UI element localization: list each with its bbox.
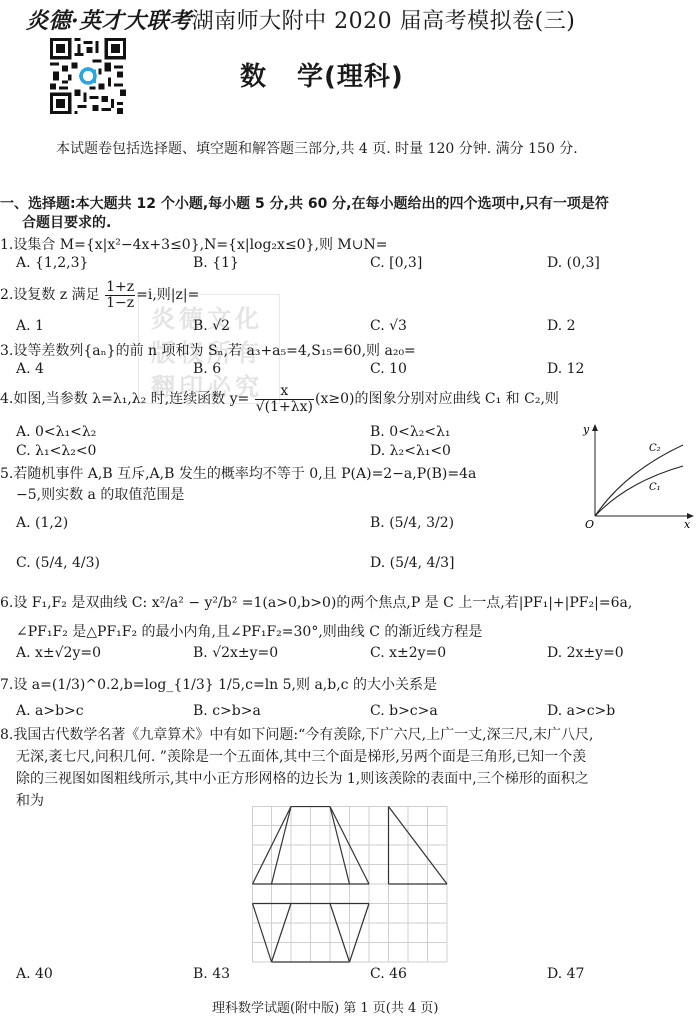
option-3b[interactable]: B. 6: [193, 361, 221, 377]
option-2b[interactable]: B. √2: [193, 318, 230, 334]
origin-label: O: [585, 518, 594, 531]
question-stem: 设 F₁,F₂ 是双曲线 C: x²/a² − y²/b² =1(a>0,b>0…: [13, 595, 632, 611]
question-stem: 设复数 z 满足: [13, 287, 99, 303]
question-6: 6.设 F₁,F₂ 是双曲线 C: x²/a² − y²/b² =1(a>0,b…: [0, 592, 632, 612]
option-3c[interactable]: C. 10: [370, 361, 407, 377]
question-2: 2.设复数 z 满足 1+z1−z=i,则|z|=: [0, 280, 199, 310]
question-stem: 如图,当参数 λ=λ₁,λ₂ 时,连续函数 y=: [13, 391, 249, 407]
question-6-cont: ∠PF₁F₂ 是△PF₁F₂ 的最小内角,且∠PF₁F₂=30°,则曲线 C 的…: [16, 621, 482, 641]
question-stem: 设 a=(1/3)^0.2,b=log_{1/3} 1/5,c=ln 5,则 a…: [13, 677, 437, 693]
option-3d[interactable]: D. 12: [547, 361, 584, 377]
option-5d[interactable]: D. (5/4, 4/3]: [370, 555, 455, 571]
option-1b[interactable]: B. {1}: [193, 255, 239, 271]
question-number: 5.: [0, 466, 13, 482]
fraction-numerator: 1+z: [105, 280, 135, 296]
section-heading-cont: 合题目要求的.: [22, 212, 111, 232]
option-6b[interactable]: B. √2x±y=0: [193, 645, 278, 661]
three-view-figure: [252, 806, 448, 968]
question-5-cont: −5,则实数 a 的取值范围是: [16, 484, 184, 504]
question-number: 2.: [0, 287, 13, 303]
subject-title-a: 数: [240, 62, 267, 92]
fraction: 1+z1−z: [105, 280, 135, 310]
question-stem: 设等差数列{aₙ}的前 n 项和为 Sₙ,若 a₃+a₅=4,S₁₅=60,则 …: [13, 343, 415, 359]
option-4b[interactable]: B. 0<λ₂<λ₁: [370, 424, 451, 440]
option-8d[interactable]: D. 47: [547, 966, 584, 982]
question-8-line-3: 除的三视图如图粗线所示,其中小正方形网格的边长为 1,则该羡除的表面中,三个梯形…: [16, 768, 589, 788]
exam-brand: 炎德·英才大联考: [26, 8, 192, 34]
option-8c[interactable]: C. 46: [370, 966, 407, 982]
option-1a[interactable]: A. {1,2,3}: [16, 255, 88, 271]
option-1d[interactable]: D. (0,3]: [547, 255, 600, 271]
question-8-line-2: 无深,袤七尺,问积几何. ”羡除是一个五面体,其中三个面是梯形,另两个面是三角形…: [16, 746, 586, 766]
option-7c[interactable]: C. b>c>a: [370, 703, 438, 719]
option-2d[interactable]: D. 2: [547, 318, 576, 334]
question-number: 7.: [0, 677, 13, 693]
fraction: x√(1+λx): [255, 384, 314, 414]
option-7d[interactable]: D. a>c>b: [547, 703, 615, 719]
question-stem: 我国古代数学名著《九章算术》中有如下问题:“今有羡除,下广六尺,上广一丈,深三尺…: [13, 727, 593, 743]
curve-c1-label: C₁: [649, 482, 661, 493]
fraction-denominator: 1−z: [105, 296, 135, 311]
page-footer: 理科数学试题(附中版) 第 1 页(共 4 页): [212, 997, 439, 1016]
question-5: 5.若随机事件 A,B 互斥,A,B 发生的概率均不等于 0,且 P(A)=2−…: [0, 463, 476, 483]
option-4d[interactable]: D. λ₂<λ₁<0: [370, 443, 451, 459]
axis-x-label: x: [684, 518, 691, 531]
option-5a[interactable]: A. (1,2): [16, 515, 68, 531]
curve-c2-label: C₂: [649, 443, 661, 454]
fraction-numerator: x: [255, 384, 314, 400]
question-number: 6.: [0, 595, 13, 611]
question-number: 1.: [0, 237, 13, 253]
question-7: 7.设 a=(1/3)^0.2,b=log_{1/3} 1/5,c=ln 5,则…: [0, 674, 437, 694]
question-stem-end: =i,则|z|=: [136, 287, 199, 303]
option-7a[interactable]: A. a>b>c: [16, 703, 84, 719]
option-6c[interactable]: C. x±2y=0: [370, 645, 446, 661]
option-1c[interactable]: C. [0,3]: [370, 255, 422, 271]
fraction-denominator: √(1+λx): [255, 400, 314, 415]
option-8b[interactable]: B. 43: [193, 966, 230, 982]
option-4c[interactable]: C. λ₁<λ₂<0: [16, 443, 96, 459]
exam-title-text: 湖南师大附中 2020 届高考模拟卷(三): [192, 9, 576, 34]
option-7b[interactable]: B. c>b>a: [193, 703, 261, 719]
option-4a[interactable]: A. 0<λ₁<λ₂: [16, 424, 96, 440]
option-6d[interactable]: D. 2x±y=0: [547, 645, 624, 661]
option-5c[interactable]: C. (5/4, 4/3): [16, 555, 100, 571]
question-stem-end: (x≥0)的图象分别对应曲线 C₁ 和 C₂,则: [315, 391, 559, 407]
qr-code-icon[interactable]: [50, 38, 126, 114]
option-2c[interactable]: C. √3: [370, 318, 407, 334]
question-number: 8.: [0, 727, 13, 743]
question-1: 1.设集合 M={x|x²−4x+3≤0},N={x|log₂x≤0},则 M∪…: [0, 234, 387, 254]
question-3: 3.设等差数列{aₙ}的前 n 项和为 Sₙ,若 a₃+a₅=4,S₁₅=60,…: [0, 340, 416, 360]
question-number: 4.: [0, 391, 13, 407]
option-5b[interactable]: B. (5/4, 3/2): [370, 515, 454, 531]
question-4: 4.如图,当参数 λ=λ₁,λ₂ 时,连续函数 y= x√(1+λx)(x≥0)…: [0, 384, 559, 414]
question-stem: 设集合 M={x|x²−4x+3≤0},N={x|log₂x≤0},则 M∪N=: [13, 237, 387, 253]
subject-title: 数学(理科): [240, 56, 404, 93]
question-8: 8.我国古代数学名著《九章算术》中有如下问题:“今有羡除,下广六尺,上广一丈,深…: [0, 724, 593, 744]
exam-title: 炎德·英才大联考湖南师大附中 2020 届高考模拟卷(三): [26, 4, 575, 35]
question-number: 3.: [0, 343, 13, 359]
option-3a[interactable]: A. 4: [16, 361, 44, 377]
question-stem: 若随机事件 A,B 互斥,A,B 发生的概率均不等于 0,且 P(A)=2−a,…: [13, 466, 476, 482]
option-2a[interactable]: A. 1: [16, 318, 44, 334]
section-heading: 一、选择题:本大题共 12 个小题,每小题 5 分,共 60 分,在每小题给出的…: [0, 193, 609, 213]
option-6a[interactable]: A. x±√2y=0: [16, 645, 101, 661]
exam-instructions: 本试题卷包括选择题、填空题和解答题三部分,共 4 页. 时量 120 分钟. 满…: [56, 138, 578, 158]
axis-y-label: y: [582, 423, 590, 436]
subject-title-b: 学(理科): [297, 62, 404, 92]
curve-graph-figure: y x O C₂ C₁: [575, 420, 695, 536]
question-8-line-4: 和为: [16, 790, 44, 810]
option-8a[interactable]: A. 40: [16, 966, 53, 982]
